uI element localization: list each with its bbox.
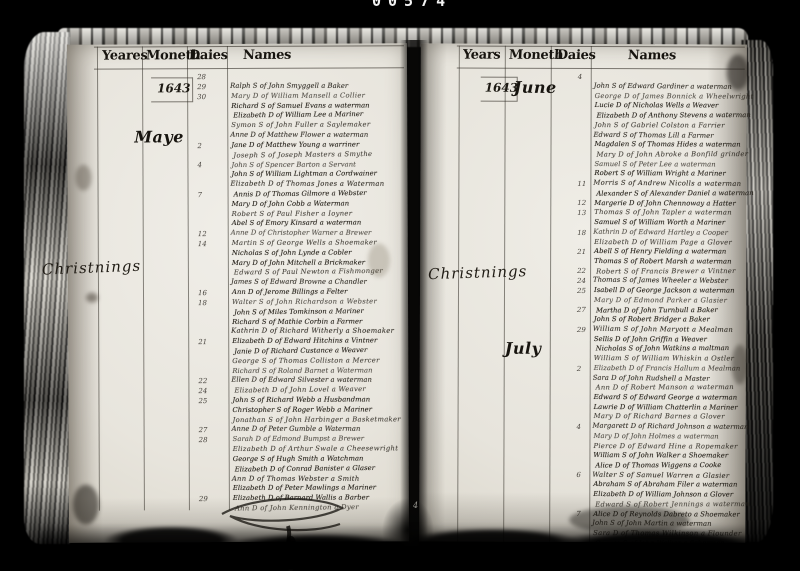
film-frame-number-text: 00574 xyxy=(372,0,452,9)
register-right-page: Years Moneth Daies Names 1643 June July … xyxy=(419,43,747,542)
entry-day-number: 21 xyxy=(198,338,207,346)
column-header-daies: Daies xyxy=(189,48,228,63)
entry-day-number: 25 xyxy=(198,397,207,405)
entry-day-number: 28 xyxy=(199,436,208,444)
gutter-ink-blob xyxy=(382,498,434,562)
month-label-maye: Maye xyxy=(134,127,184,146)
stray-mark: 4 xyxy=(413,501,418,510)
register-left-page: Yeares Moneth Daies Names 1643 Maye Chri… xyxy=(67,43,409,542)
book-left-page-edges xyxy=(24,32,70,544)
column-header-month: Moneth xyxy=(508,48,563,63)
entry-day-number: 24 xyxy=(577,277,586,285)
entry-day-number: 29 xyxy=(577,326,586,334)
entry-day-number: 4 xyxy=(577,423,581,431)
book-gutter-shadow xyxy=(400,40,428,546)
ink-stain xyxy=(727,55,749,91)
section-label-christnings: Christnings xyxy=(42,257,142,279)
column-rule xyxy=(97,47,100,511)
microfilm-scan: 00574 Yeares Moneth Daies Names 1643 May… xyxy=(0,0,800,571)
entry-day-number: 22 xyxy=(198,377,207,385)
entry-text: George S of John Walker a fisherman xyxy=(595,539,725,549)
year-label: 1643 xyxy=(157,81,190,95)
section-label-christnings: Christnings xyxy=(428,262,528,283)
entry-day-number: 30 xyxy=(197,93,206,101)
column-header-names: Names xyxy=(243,48,292,63)
entry-day-number: 7 xyxy=(198,191,203,199)
column-rule xyxy=(142,46,145,510)
ink-stain xyxy=(732,345,748,385)
entry-day-number: 27 xyxy=(199,426,208,434)
ink-stain xyxy=(86,293,98,303)
entry-day-number: 29 xyxy=(199,495,208,503)
month-label-july: July xyxy=(505,339,542,358)
column-header-years: Yeares xyxy=(102,48,148,63)
column-rule xyxy=(457,46,460,546)
right-entries-list: 4 John S of Edward Gardiner a waterman G… xyxy=(549,73,747,540)
ink-stain xyxy=(73,485,99,525)
entry-day-number: 14 xyxy=(198,240,207,248)
header-bottom-rule xyxy=(94,67,404,69)
entry-day-number: 28 xyxy=(197,73,206,81)
entry-day-number: 27 xyxy=(577,306,586,314)
ink-stain xyxy=(75,165,91,191)
column-header-daies: Daies xyxy=(556,48,596,63)
entry-day-number: 16 xyxy=(198,289,207,297)
entry-day-number: 22 xyxy=(577,267,586,275)
entry-day-number: 4 xyxy=(578,73,582,81)
column-header-years: Years xyxy=(462,48,500,63)
header-bottom-rule xyxy=(457,68,745,70)
bottom-smudge xyxy=(569,506,689,534)
left-entries-list: 28 Ralph S of John Smyggell a Baker 29 M… xyxy=(187,72,405,505)
entry-day-number: 24 xyxy=(198,387,207,395)
ink-flourish xyxy=(208,492,358,571)
column-rule xyxy=(503,46,506,546)
entry-day-number: 6 xyxy=(576,471,580,479)
film-frame-number: 00574 xyxy=(372,0,492,9)
foxing-stain xyxy=(368,243,390,277)
entry-day-number: 12 xyxy=(577,199,586,207)
entry-day-number: 2 xyxy=(577,365,581,373)
entry-day-number: 18 xyxy=(198,299,207,307)
entry-day-number: 13 xyxy=(577,209,586,217)
column-header-names: Names xyxy=(627,48,676,63)
entry-day-number: 21 xyxy=(577,248,586,256)
entry-day-number: 12 xyxy=(198,230,207,238)
entry-day-number: 4 xyxy=(197,161,202,169)
entry-day-number: 25 xyxy=(577,287,586,295)
entry-day-number: 18 xyxy=(577,228,586,236)
entry-day-number: 11 xyxy=(577,180,586,188)
entry-day-number: 29 xyxy=(197,83,206,91)
entry-day-number: 2 xyxy=(197,142,202,150)
